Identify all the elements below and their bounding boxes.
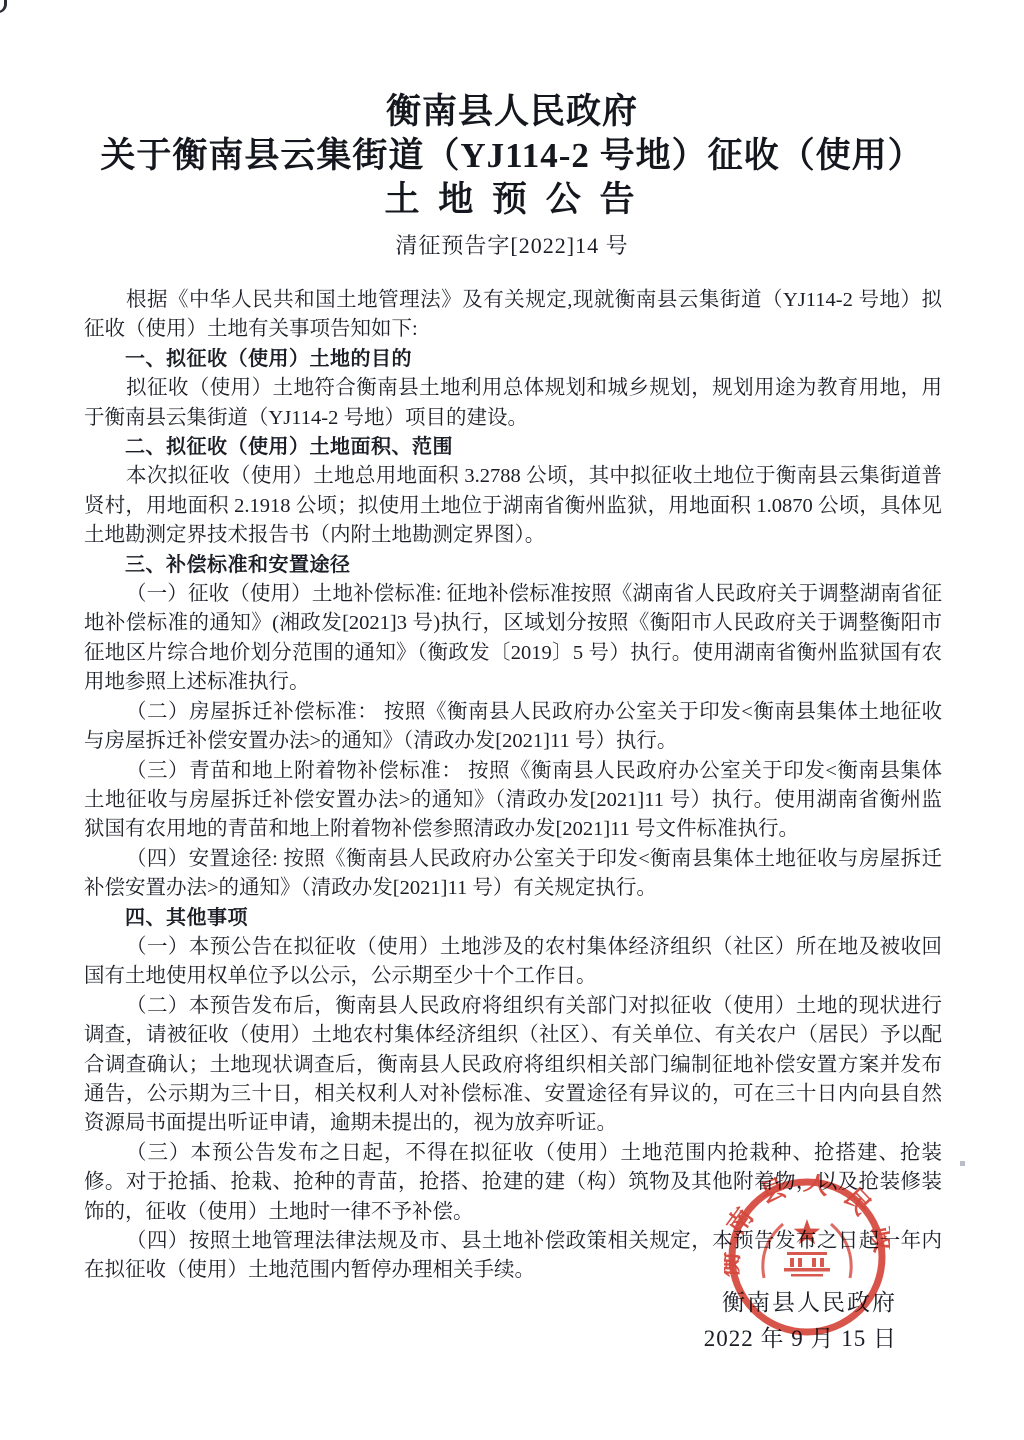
scanned-notice-page: 衡南县人民政府 关于衡南县云集街道（YJ114-2 号地）征收（使用） 土 地 … bbox=[0, 0, 1024, 1440]
notice-paragraph-purpose: 拟征收（使用）土地符合衡南县土地利用总体规划和城乡规划，规划用途为教育用地，用于… bbox=[84, 374, 942, 433]
seal-wreath-left bbox=[763, 1224, 783, 1278]
seal-wreath-right bbox=[831, 1224, 851, 1278]
notice-title-line-1: 衡南县人民政府 bbox=[0, 90, 1024, 134]
notice-paragraph-comp-land: （一）征收（使用）土地补偿标准: 征地补偿标准按照《湖南省人民政府关于调整湖南省… bbox=[84, 580, 942, 698]
notice-paragraph-intro: 根据《中华人民共和国土地管理法》及有关规定,现就衡南县云集街道（YJ114-2 … bbox=[84, 286, 942, 345]
section-heading-2: 二、拟征收（使用）土地面积、范围 bbox=[84, 433, 942, 462]
seal-star-icon bbox=[794, 1219, 821, 1244]
notice-title-line-3: 土 地 预 公 告 bbox=[0, 178, 1024, 222]
notice-title-line-2: 关于衡南县云集街道（YJ114-2 号地）征收（使用） bbox=[0, 134, 1024, 178]
notice-paragraph-resettle: （四）安置途径: 按照《衡南县人民政府办公室关于印发<衡南县集体土地征收与房屋拆… bbox=[84, 845, 942, 904]
notice-paragraph-comp-crops: （三）青苗和地上附着物补偿标准： 按照《衡南县人民政府办公室关于印发<衡南县集体… bbox=[84, 757, 942, 845]
seal-gate-icon bbox=[784, 1252, 830, 1277]
section-heading-4: 四、其他事项 bbox=[84, 904, 942, 933]
notice-paragraph-area: 本次拟征收（使用）土地总用地面积 3.2788 公顷，其中拟征收土地位于衡南县云… bbox=[84, 462, 942, 550]
notice-body: 根据《中华人民共和国土地管理法》及有关规定,现就衡南县云集街道（YJ114-2 … bbox=[84, 286, 942, 1286]
doc-number: 清征预告字[2022]14 号 bbox=[0, 231, 1024, 261]
scan-speck-artifact bbox=[960, 1161, 965, 1166]
scan-corner-artifact bbox=[0, 0, 7, 13]
section-heading-3: 三、补偿标准和安置途径 bbox=[84, 551, 942, 580]
section-heading-1: 一、拟征收（使用）土地的目的 bbox=[84, 345, 942, 374]
notice-title-block: 衡南县人民政府 关于衡南县云集街道（YJ114-2 号地）征收（使用） 土 地 … bbox=[0, 90, 1024, 261]
official-seal: 衡南县人民政府 bbox=[724, 1174, 890, 1340]
notice-paragraph-other-1: （一）本预公告在拟征收（使用）土地涉及的农村集体经济组织（社区）所在地及被收回国… bbox=[84, 933, 942, 992]
notice-paragraph-comp-house: （二）房屋拆迁补偿标准： 按照《衡南县人民政府办公室关于印发<衡南县集体土地征收… bbox=[84, 698, 942, 757]
notice-paragraph-other-2: （二）本预告发布后，衡南县人民政府将组织有关部门对拟征收（使用）土地的现状进行调… bbox=[84, 992, 942, 1139]
